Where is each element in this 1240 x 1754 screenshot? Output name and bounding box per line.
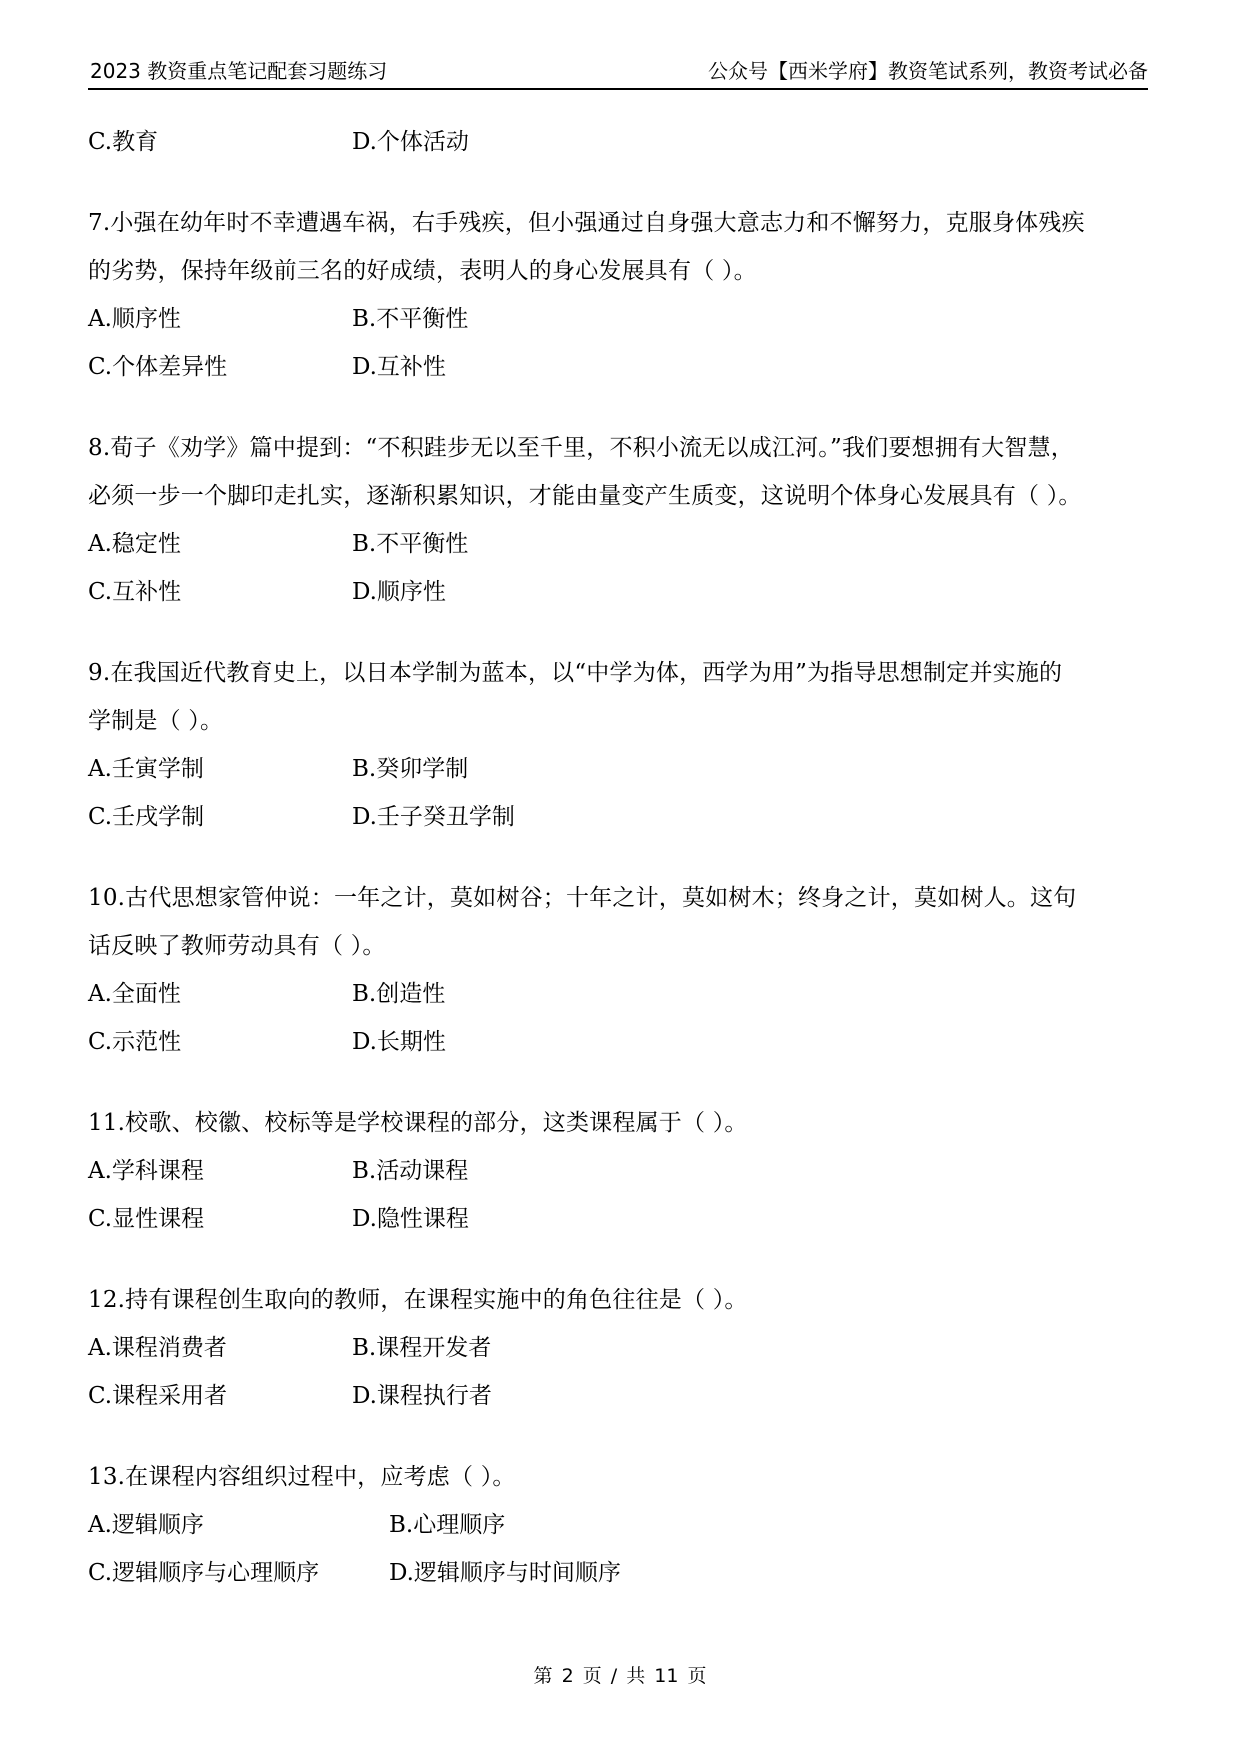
- option-row: C.教育 D.个体活动: [88, 118, 1152, 166]
- page-number: 第 2 页 / 共 11 页: [0, 1662, 1240, 1690]
- carryover-options: C.教育 D.个体活动: [88, 118, 1152, 166]
- option-row: A.学科课程 B.活动课程: [88, 1147, 1152, 1195]
- question-stem-line: 9.在我国近代教育史上，以日本学制为蓝本，以“中学为体，西学为用”为指导思想制定…: [88, 649, 1152, 697]
- question-12: 12.持有课程创生取向的教师，在课程实施中的角色往往是（ ）。 A.课程消费者 …: [88, 1276, 1152, 1420]
- question-stem-line: 10.古代思想家管仲说：一年之计，莫如树谷；十年之计，莫如树木；终身之计，莫如树…: [88, 874, 1152, 922]
- option-a: A.顺序性: [88, 295, 181, 343]
- question-11: 11.校歌、校徽、校标等是学校课程的部分，这类课程属于（ ）。 A.学科课程 B…: [88, 1099, 1152, 1243]
- question-10: 10.古代思想家管仲说：一年之计，莫如树谷；十年之计，莫如树木；终身之计，莫如树…: [88, 874, 1152, 1066]
- option-b: B.创造性: [352, 970, 445, 1018]
- page-content: C.教育 D.个体活动 7.小强在幼年时不幸遭遇车祸，右手残疾，但小强通过自身强…: [88, 118, 1152, 1597]
- option-c: C.互补性: [88, 568, 181, 616]
- option-d: D.逻辑顺序与时间顺序: [389, 1549, 621, 1597]
- option-b: B.不平衡性: [352, 520, 468, 568]
- option-c: C.显性课程: [88, 1195, 204, 1243]
- option-d: D.顺序性: [352, 568, 446, 616]
- question-stem-line: 学制是（ ）。: [88, 697, 1152, 745]
- option-a: A.学科课程: [88, 1147, 204, 1195]
- option-a: A.课程消费者: [88, 1324, 227, 1372]
- option-d: D.课程执行者: [352, 1372, 492, 1420]
- question-7: 7.小强在幼年时不幸遭遇车祸，右手残疾，但小强通过自身强大意志力和不懈努力，克服…: [88, 199, 1152, 391]
- option-d: D.隐性课程: [352, 1195, 469, 1243]
- option-d: D.互补性: [352, 343, 446, 391]
- option-d: D.长期性: [352, 1018, 446, 1066]
- option-c: C.壬戌学制: [88, 793, 204, 841]
- option-row: A.逻辑顺序 B.心理顺序: [88, 1501, 1152, 1549]
- option-row: C.示范性 D.长期性: [88, 1018, 1152, 1066]
- question-9: 9.在我国近代教育史上，以日本学制为蓝本，以“中学为体，西学为用”为指导思想制定…: [88, 649, 1152, 841]
- option-row: C.逻辑顺序与心理顺序 D.逻辑顺序与时间顺序: [88, 1549, 1152, 1597]
- option-b: B.癸卯学制: [352, 745, 468, 793]
- option-row: C.个体差异性 D.互补性: [88, 343, 1152, 391]
- option-d: D.壬子癸丑学制: [352, 793, 515, 841]
- option-row: C.互补性 D.顺序性: [88, 568, 1152, 616]
- option-a: A.全面性: [88, 970, 181, 1018]
- option-c: C.课程采用者: [88, 1372, 227, 1420]
- question-8: 8.荀子《劝学》篇中提到：“不积跬步无以至千里，不积小流无以成江河。”我们要想拥…: [88, 424, 1152, 616]
- option-c: C.个体差异性: [88, 343, 227, 391]
- question-stem-line: 8.荀子《劝学》篇中提到：“不积跬步无以至千里，不积小流无以成江河。”我们要想拥…: [88, 424, 1152, 472]
- option-row: A.全面性 B.创造性: [88, 970, 1152, 1018]
- option-a: A.壬寅学制: [88, 745, 204, 793]
- option-row: A.顺序性 B.不平衡性: [88, 295, 1152, 343]
- option-row: A.壬寅学制 B.癸卯学制: [88, 745, 1152, 793]
- question-13: 13.在课程内容组织过程中，应考虑（ ）。 A.逻辑顺序 B.心理顺序 C.逻辑…: [88, 1453, 1152, 1597]
- question-stem-line: 12.持有课程创生取向的教师，在课程实施中的角色往往是（ ）。: [88, 1276, 1152, 1324]
- option-b: B.活动课程: [352, 1147, 468, 1195]
- option-b: B.不平衡性: [352, 295, 468, 343]
- option-b: B.心理顺序: [389, 1501, 505, 1549]
- question-stem-line: 13.在课程内容组织过程中，应考虑（ ）。: [88, 1453, 1152, 1501]
- option-row: C.壬戌学制 D.壬子癸丑学制: [88, 793, 1152, 841]
- question-stem-line: 必须一步一个脚印走扎实，逐渐积累知识，才能由量变产生质变，这说明个体身心发展具有…: [88, 472, 1152, 520]
- question-stem-line: 11.校歌、校徽、校标等是学校课程的部分，这类课程属于（ ）。: [88, 1099, 1152, 1147]
- option-b: B.课程开发者: [352, 1324, 491, 1372]
- question-stem-line: 7.小强在幼年时不幸遭遇车祸，右手残疾，但小强通过自身强大意志力和不懈努力，克服…: [88, 199, 1152, 247]
- option-c: C.示范性: [88, 1018, 181, 1066]
- option-a: A.逻辑顺序: [88, 1501, 204, 1549]
- option-row: A.课程消费者 B.课程开发者: [88, 1324, 1152, 1372]
- option-d: D.个体活动: [352, 118, 469, 166]
- header-title: 2023 教资重点笔记配套习题练习: [90, 54, 387, 88]
- option-c: C.教育: [88, 118, 158, 166]
- option-a: A.稳定性: [88, 520, 181, 568]
- option-row: C.显性课程 D.隐性课程: [88, 1195, 1152, 1243]
- option-row: C.课程采用者 D.课程执行者: [88, 1372, 1152, 1420]
- option-c: C.逻辑顺序与心理顺序: [88, 1549, 319, 1597]
- question-stem-line: 的劣势，保持年级前三名的好成绩，表明人的身心发展具有（ ）。: [88, 247, 1152, 295]
- page-header: 2023 教资重点笔记配套习题练习 公众号【西米学府】教资笔试系列，教资考试必备: [88, 54, 1148, 90]
- option-row: A.稳定性 B.不平衡性: [88, 520, 1152, 568]
- header-source: 公众号【西米学府】教资笔试系列，教资考试必备: [708, 54, 1148, 88]
- question-stem-line: 话反映了教师劳动具有（ ）。: [88, 922, 1152, 970]
